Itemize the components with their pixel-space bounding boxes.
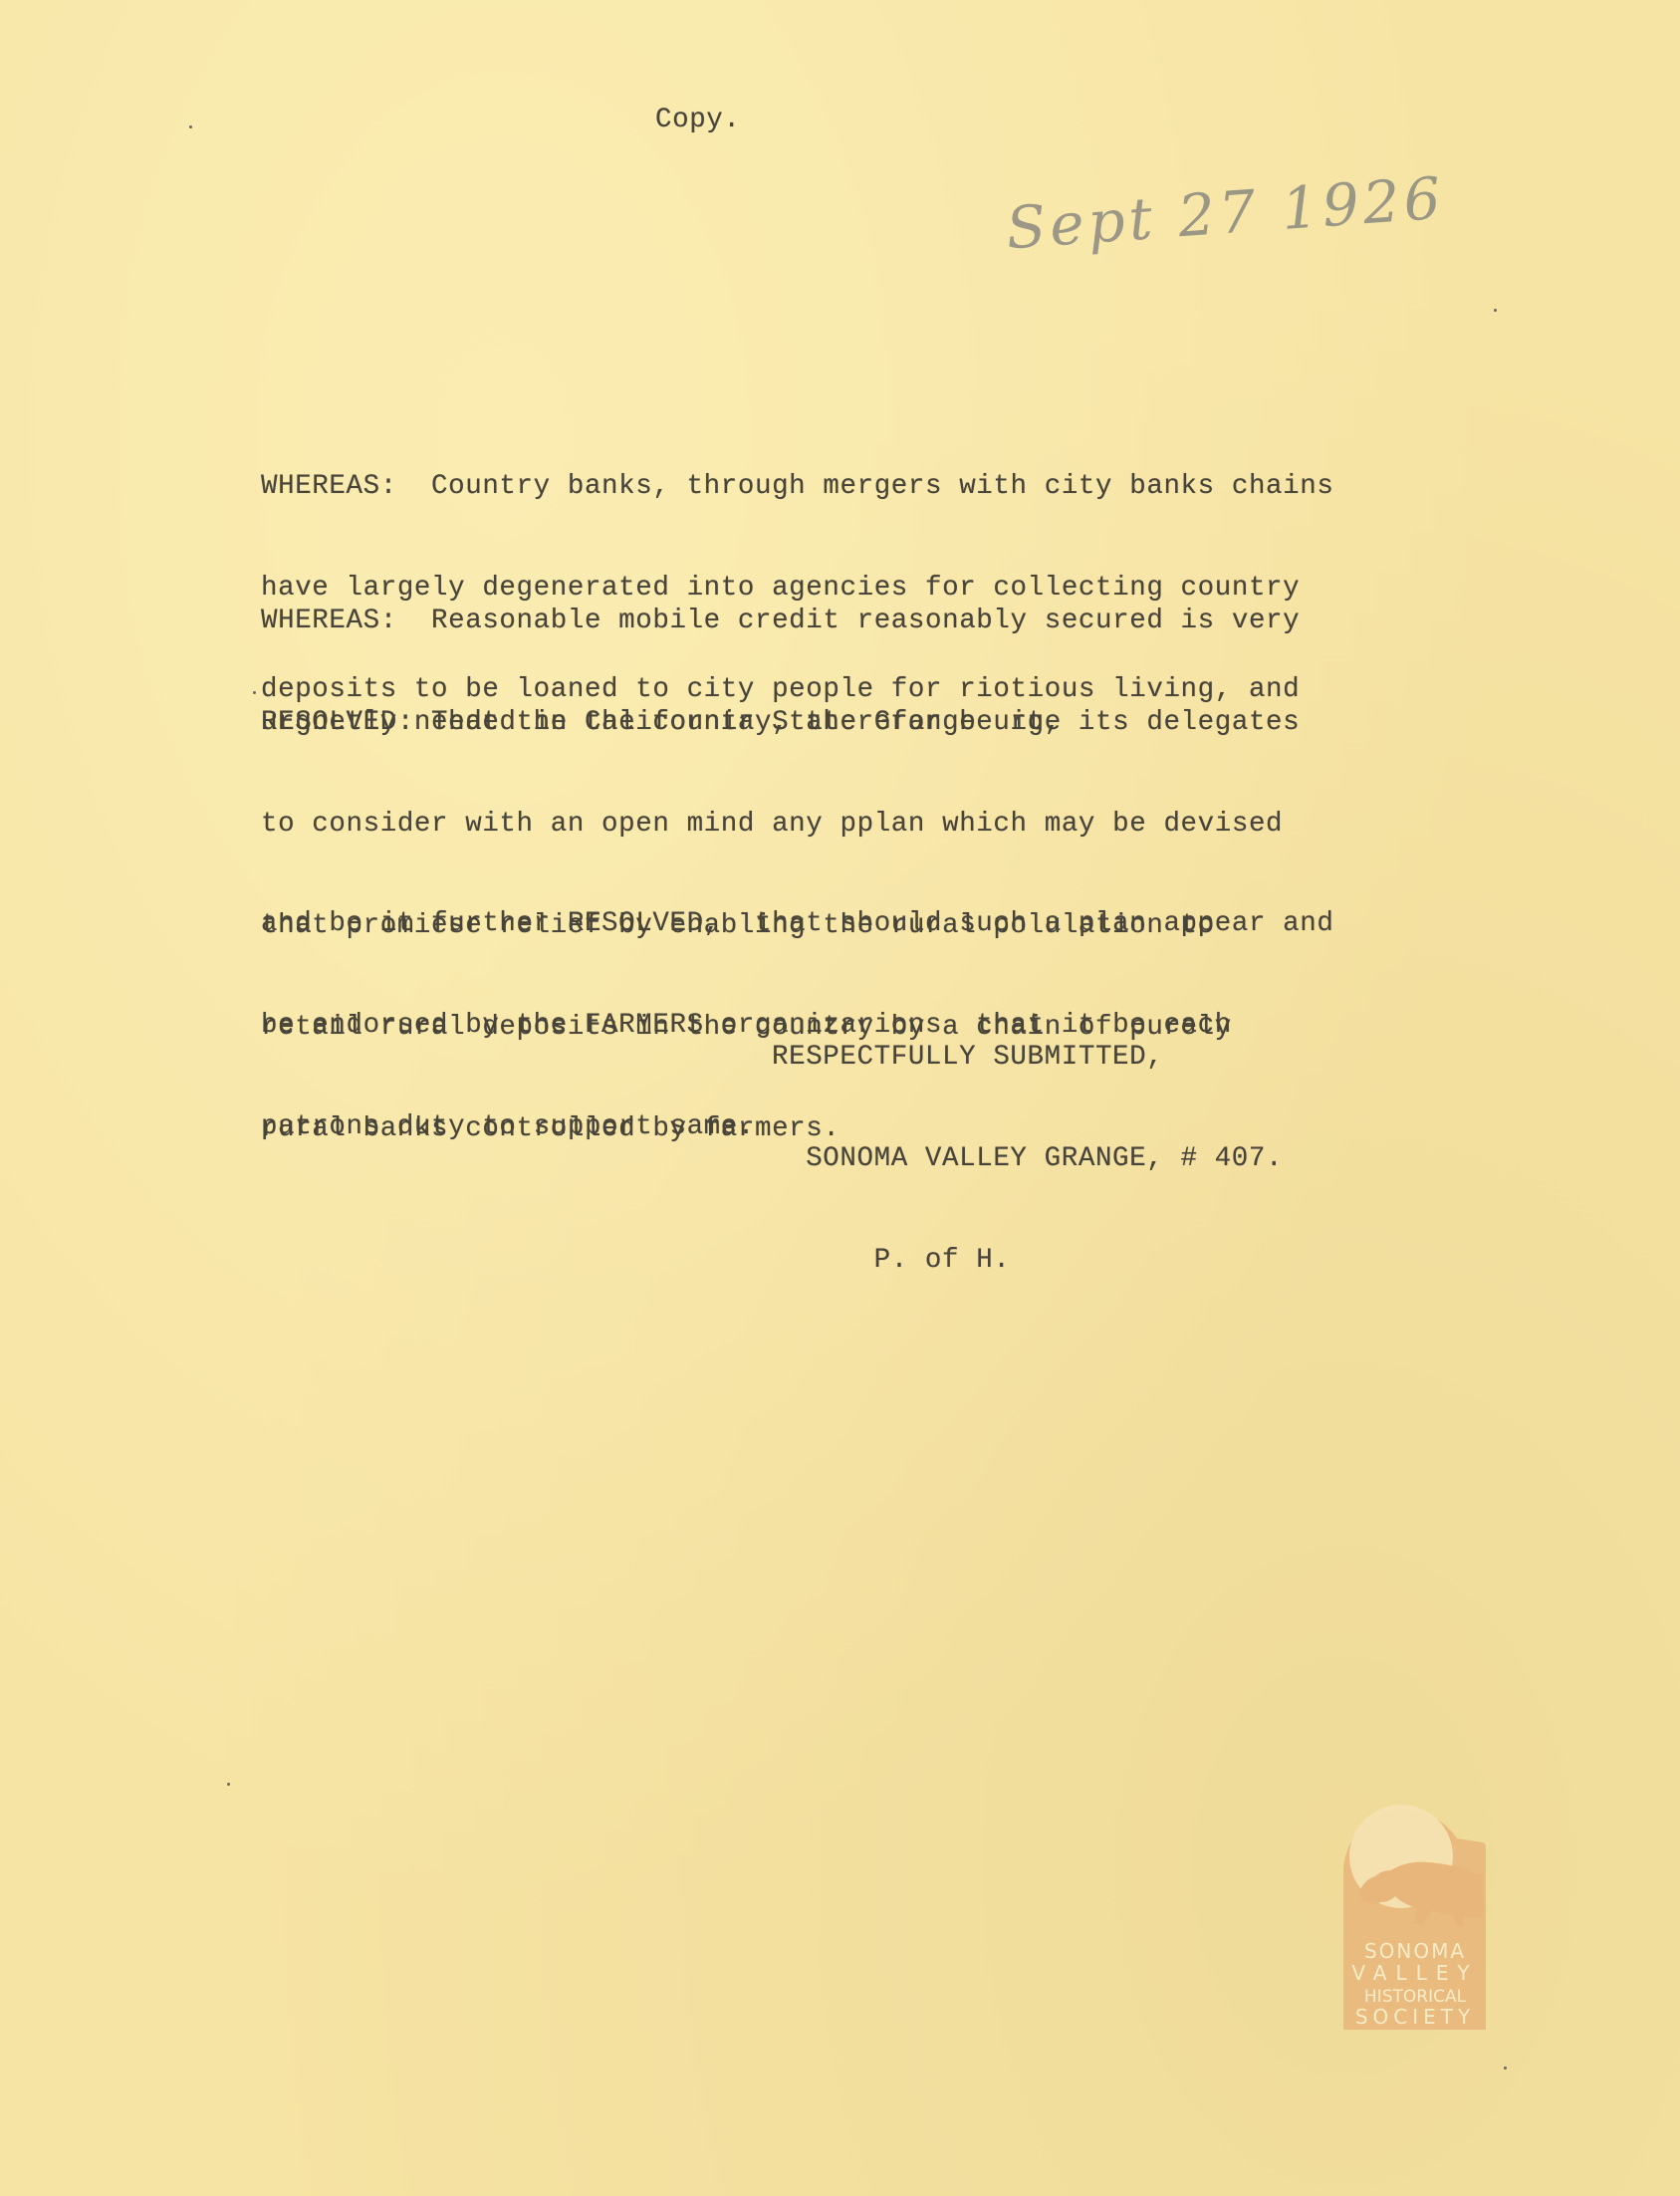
watermark-line-1: SONOMA (1364, 1939, 1466, 1963)
text-line: to consider with an open mind any pplan … (261, 808, 1300, 842)
text-line: WHEREAS: Country banks, through mergers … (261, 470, 1333, 504)
watermark-line-3: HISTORICAL (1364, 1987, 1467, 2007)
signature-line: SONOMA VALLEY GRANGE, # 407. (772, 1142, 1283, 1176)
signature-block: RESPECTFULLY SUBMITTED, SONOMA VALLEY GR… (772, 973, 1283, 1345)
text-line: RESOLVED: That the California State Gran… (261, 706, 1300, 740)
copy-label: Copy. (655, 104, 741, 137)
paper-speck (1504, 2067, 1507, 2070)
historical-society-watermark: SONOMA VALLEY HISTORICAL SOCIETY (1337, 1793, 1492, 2032)
watermark-line-4: SOCIETY (1355, 2005, 1475, 2029)
paper-speck (1494, 309, 1497, 312)
paper-speck (253, 691, 256, 694)
text-line: WHEREAS: Reasonable mobile credit reason… (261, 605, 1300, 638)
signature-line: P. of H. (772, 1244, 1283, 1278)
text-line: and be it further RESOLVED, that should … (261, 907, 1333, 941)
paper-speck (189, 125, 192, 128)
watermark-line-2: VALLEY (1351, 1961, 1478, 1985)
paper-speck (227, 1783, 230, 1786)
handwritten-date: Sept 27 1926 (1004, 164, 1446, 263)
signature-line: RESPECTFULLY SUBMITTED, (772, 1041, 1283, 1075)
